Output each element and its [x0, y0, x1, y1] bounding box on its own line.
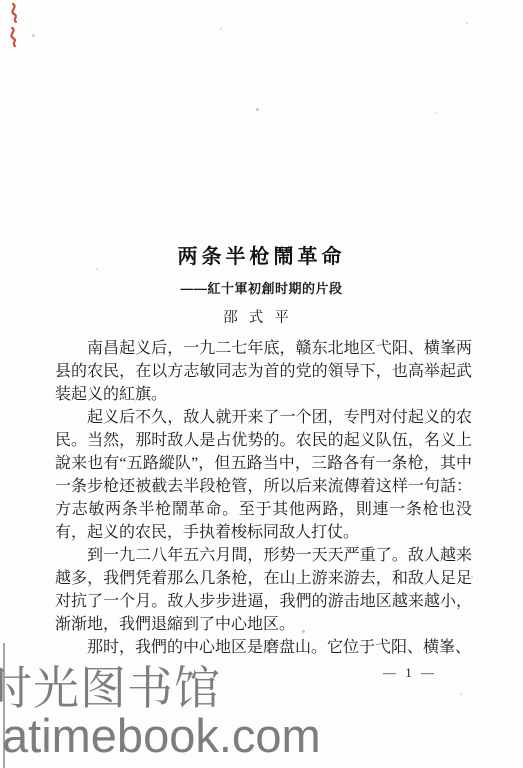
article-subtitle: ——紅十軍初創时期的片段 [0, 278, 523, 297]
paragraph: 到一九二八年五六月間，形势一天天严重了。敌人越来越多，我們凭着那么几条枪，在山上… [55, 544, 472, 636]
scan-speck [471, 576, 473, 578]
scan-speck [32, 34, 35, 37]
author-name: 邵式平 [0, 306, 523, 327]
scan-speck [460, 693, 462, 695]
red-pen-marks [4, 2, 26, 50]
article-body: 南昌起义后，一九二七年底，赣东北地区弋阳、横峯两县的农民，在以方志敏同志为首的党… [55, 337, 472, 659]
paragraph: 南昌起义后，一九二七年底，赣东北地区弋阳、横峯两县的农民，在以方志敏同志为首的党… [55, 337, 472, 406]
article-title: 两条半枪鬧革命 [0, 240, 523, 269]
scan-speck [256, 108, 259, 111]
scanned-book-page: 两条半枪鬧革命 ——紅十軍初創时期的片段 邵式平 南昌起义后，一九二七年底，赣东… [0, 0, 523, 768]
scan-speck [96, 268, 98, 270]
scan-speck [435, 112, 437, 114]
page-number: — 1 — [383, 665, 437, 681]
scan-speck [466, 22, 468, 24]
watermark-site-url: atimebook.com [2, 708, 321, 763]
scan-speck [302, 630, 305, 633]
paragraph: 起义后不久，敌人就开来了一个团，专門对付起义的农民。当然，那时敌人是占优势的。农… [55, 406, 472, 544]
scan-speck [220, 28, 222, 30]
